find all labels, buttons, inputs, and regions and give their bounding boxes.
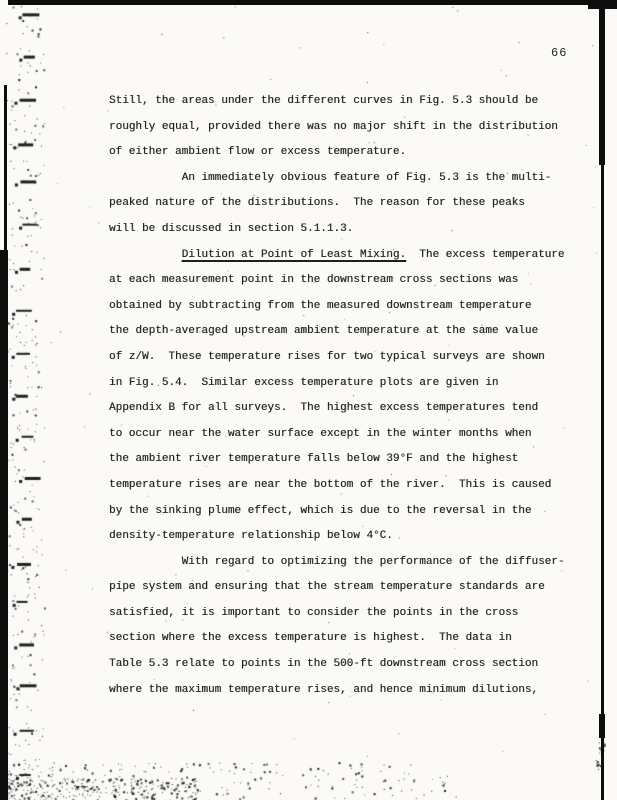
scan-artifact-right-edge-blob xyxy=(599,714,605,738)
paragraphs-before-heading: Still, the areas under the different cur… xyxy=(109,95,558,261)
scanned-page: 66 Still, the areas under the different … xyxy=(0,0,617,800)
document-body: Still, the areas under the different cur… xyxy=(109,89,589,703)
scan-artifact-left-edge-bar xyxy=(0,250,8,800)
scan-artifact-right-edge-thick xyxy=(599,0,605,165)
page-number: 66 xyxy=(551,46,567,60)
scan-artifact-top-edge xyxy=(8,0,617,5)
scan-artifact-left-edge-line xyxy=(4,85,7,255)
section-heading-dilution: Dilution at Point of Least Mixing. xyxy=(182,249,406,261)
paragraphs-after-heading: The excess temperature at each measureme… xyxy=(109,249,565,696)
